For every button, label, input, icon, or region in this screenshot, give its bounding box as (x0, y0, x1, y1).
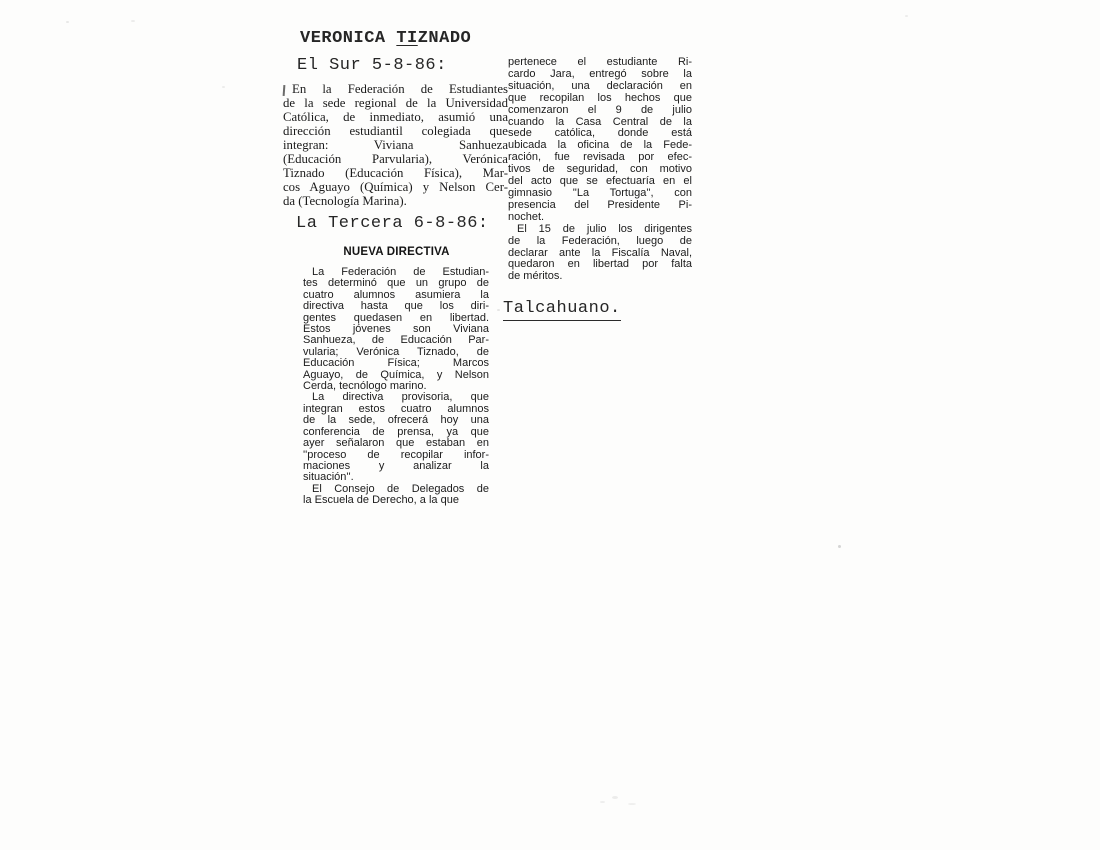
text-line: situación, una declaración en (508, 81, 692, 93)
text-line: ayer señalaron que estaban en (303, 438, 489, 449)
text-line: (Educación Parvularia), Verónica (283, 152, 508, 166)
heading-la-tercera: La Tercera 6-8-86: (296, 214, 489, 233)
text-line: Católica, de inmediato, asumió una (283, 110, 508, 124)
text-line: Tiznado (Educación Física), Mar- (283, 166, 508, 180)
scan-speck (382, 117, 384, 119)
scan-speck (905, 15, 908, 17)
text-line: nochet. (508, 212, 692, 224)
scan-speck (612, 796, 618, 799)
page-title-pre: VERONICA (300, 29, 396, 48)
text-line: la Escuela de Derecho, a la que (303, 495, 489, 506)
text-line: directiva hasta que los diri- (303, 301, 489, 312)
text-line: da (Tecnología Marina). (283, 194, 508, 208)
text-line: El 15 de julio los dirigentes (508, 224, 692, 236)
page-title: VERONICA TIZNADO (300, 29, 471, 48)
text-line: Educación Física; Marcos (303, 358, 489, 369)
text-line: de la Federación, luego de (508, 236, 692, 248)
page-title-post: ZNADO (418, 29, 472, 48)
scan-speck (628, 803, 636, 805)
text-line: presencia del Presidente Pi- (508, 200, 692, 212)
text-line: comenzaron el 9 de julio (508, 105, 692, 117)
page-title-underlined: TI (396, 29, 417, 48)
scan-speck (131, 20, 135, 22)
text-line: En la Federación de Estudiantes (283, 82, 508, 96)
la-tercera-article-column-left: La Federación de Estudian-tes determinó … (303, 267, 489, 507)
text-line: que recopilan los hechos que (508, 93, 692, 105)
scan-speck (600, 801, 605, 803)
heading-el-sur: El Sur 5-8-86: (297, 56, 447, 75)
scan-speck (66, 21, 69, 23)
text-line: de méritos. (508, 271, 692, 283)
text-line: dirección estudiantil colegiada que (283, 124, 508, 138)
text-line: de la sede, ofrecerá hoy una (303, 415, 489, 426)
article-subheading: NUEVA DIRECTIVA (303, 246, 490, 258)
footer-note: Talcahuano. (503, 299, 621, 321)
scan-speck (838, 545, 841, 548)
text-line: de la sede regional de la Universidad (283, 96, 508, 110)
scanned-document-page: VERONICA TIZNADO El Sur 5-8-86: En la Fe… (0, 0, 1100, 850)
text-line: cos Aguayo (Química) y Nelson Cer- (283, 180, 508, 194)
scan-speck (497, 309, 500, 311)
scan-speck (222, 86, 225, 88)
el-sur-article-text: En la Federación de Estudiantesde la sed… (283, 82, 508, 208)
la-tercera-article-column-right: pertenece el estudiante Ri-cardo Jara, e… (508, 57, 692, 283)
text-line: integran: Viviana Sanhueza (283, 138, 508, 152)
text-line: situación''. (303, 472, 489, 483)
